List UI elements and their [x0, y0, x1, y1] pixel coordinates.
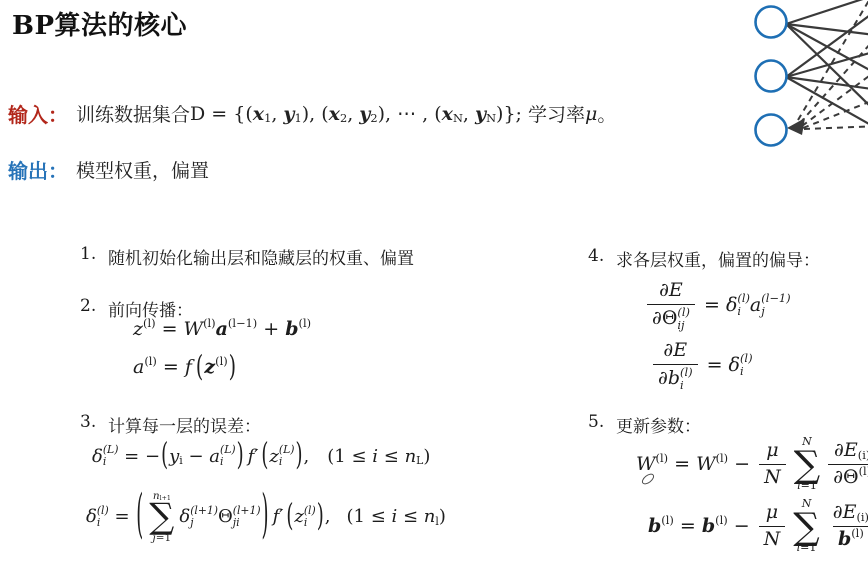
input-expression: 训练数据集合D = {(x1, y1), (x2, y2), ⋯ , (xN, … — [76, 100, 616, 127]
step-3-row: 3. 计算每一层的误差： — [80, 412, 261, 437]
step-label: 更新参数： — [616, 412, 701, 437]
output-line: 输出： 模型权重，偏置 — [8, 155, 209, 184]
step-1-row: 1. 随机初始化输出层和隐藏层的权重、偏置 — [80, 244, 414, 269]
step-number: 4. — [588, 246, 616, 271]
network-node — [756, 61, 787, 92]
input-line: 输入： 训练数据集合D = {(x1, y1), (x2, y2), ⋯ , (… — [8, 99, 616, 128]
input-label: 输入： — [8, 99, 68, 128]
step-number: 2. — [80, 296, 108, 321]
formula-grad-b: ∂E∂b(l)i = δ(l)i — [650, 338, 753, 393]
backprop-arrow-icon — [787, 118, 805, 135]
step-label: 随机初始化输出层和隐藏层的权重、偏置 — [108, 244, 414, 269]
page-title: BP算法的核心 — [12, 5, 187, 42]
network-node — [756, 115, 787, 146]
formula-forward-z: z(l) = W(l)a(l−1) + b(l) — [133, 318, 311, 340]
formula-update-b: b(l) = b(l) − μNN∑i=1∂E(i)b(l) — [648, 498, 868, 555]
neural-network-diagram — [740, 0, 868, 165]
formula-delta-output: δ(L)i = −(yi − a(L)i)f′(z(L)i),(1 ≤ i ≤ … — [92, 444, 430, 469]
formula-forward-a: a(l) = f(z(l)) — [133, 356, 237, 378]
step-number: 1. — [80, 244, 108, 269]
step-number: 3. — [80, 412, 108, 437]
slide: BP算法的核心 输入： 训练数据集合D = {(x1, y1), (x2, y2… — [0, 0, 868, 572]
formula-grad-theta: ∂E∂Θ(l)ij = δ(l)ia(l−1)j — [644, 278, 791, 333]
step-5-row: 5. 更新参数： — [588, 412, 701, 437]
formula-delta-hidden: δ(l)i = (nl+1∑j=1δ(l+1)jΘ(l+1)ji)f′(z(l)… — [86, 490, 446, 544]
step-label: 计算每一层的误差： — [108, 412, 261, 437]
output-label: 输出： — [8, 155, 68, 184]
step-number: 5. — [588, 412, 616, 437]
step-label: 求各层权重，偏置的偏导： — [616, 246, 820, 271]
step-4-row: 4. 求各层权重，偏置的偏导： — [588, 246, 820, 271]
formula-update-W: W(l) = W(l) − μNN∑i=1∂E(i)∂Θ(l) — [636, 436, 868, 493]
output-text: 模型权重，偏置 — [76, 156, 209, 183]
network-node — [756, 7, 787, 38]
